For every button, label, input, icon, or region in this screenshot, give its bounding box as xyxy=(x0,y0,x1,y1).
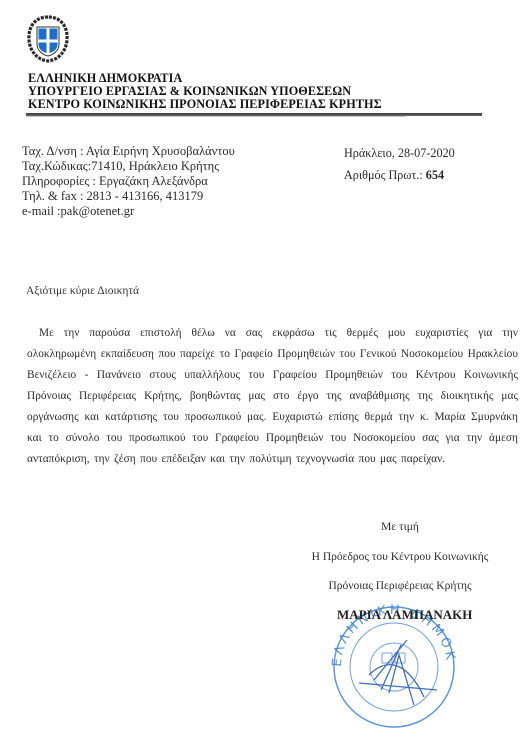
signatory-title-line1: Η Πρόεδρος του Κέντρου Κοινωνικής xyxy=(270,551,529,563)
sender-address: Ταχ. Δ/νση : Αγία Ειρήνη Χρυσοβαλάντου xyxy=(22,144,235,159)
protocol-value: 654 xyxy=(426,168,444,182)
protocol-label: Αριθμός Πρωτ.: xyxy=(344,168,423,182)
sender-email: e-mail :pak@otenet.gr xyxy=(22,204,134,219)
sender-phone-fax: Τηλ. & fax : 2813 - 413166, 413179 xyxy=(22,189,203,204)
signatory-title-line2: Πρόνοιας Περιφέρειας Κρήτης xyxy=(270,580,529,592)
sender-info-contact: Πληροφορίες : Εργαζάκη Αλεξάνδρα xyxy=(22,174,208,189)
place-date: Ηράκλειο, 28-07-2020 xyxy=(344,146,455,161)
closing-greeting: Με τιμή xyxy=(270,521,529,533)
letterhead-organization: ΚΕΝΤΡΟ ΚΟΙΝΩΝΙΚΗΣ ΠΡΟΝΟΙΑΣ ΠΕΡΙΦΕΡΕΙΑΣ Κ… xyxy=(28,98,382,111)
header-divider-shadow xyxy=(26,116,406,117)
greek-coat-of-arms-icon xyxy=(24,14,72,64)
letter-body: Με την παρούσα επιστολή θέλω να σας εκφρ… xyxy=(27,323,518,470)
signatory-name: ΜΑΡΙΑ ΛΑΜΠΑΝΑΚΗ xyxy=(337,607,472,623)
sender-postal-code: Ταχ.Κώδικας:71410, Ηράκλειο Κρήτης xyxy=(22,159,219,174)
salutation: Αξιότιμε κύριε Διοικητά xyxy=(26,285,139,297)
protocol-number: Αριθμός Πρωτ.: 654 xyxy=(344,168,444,183)
